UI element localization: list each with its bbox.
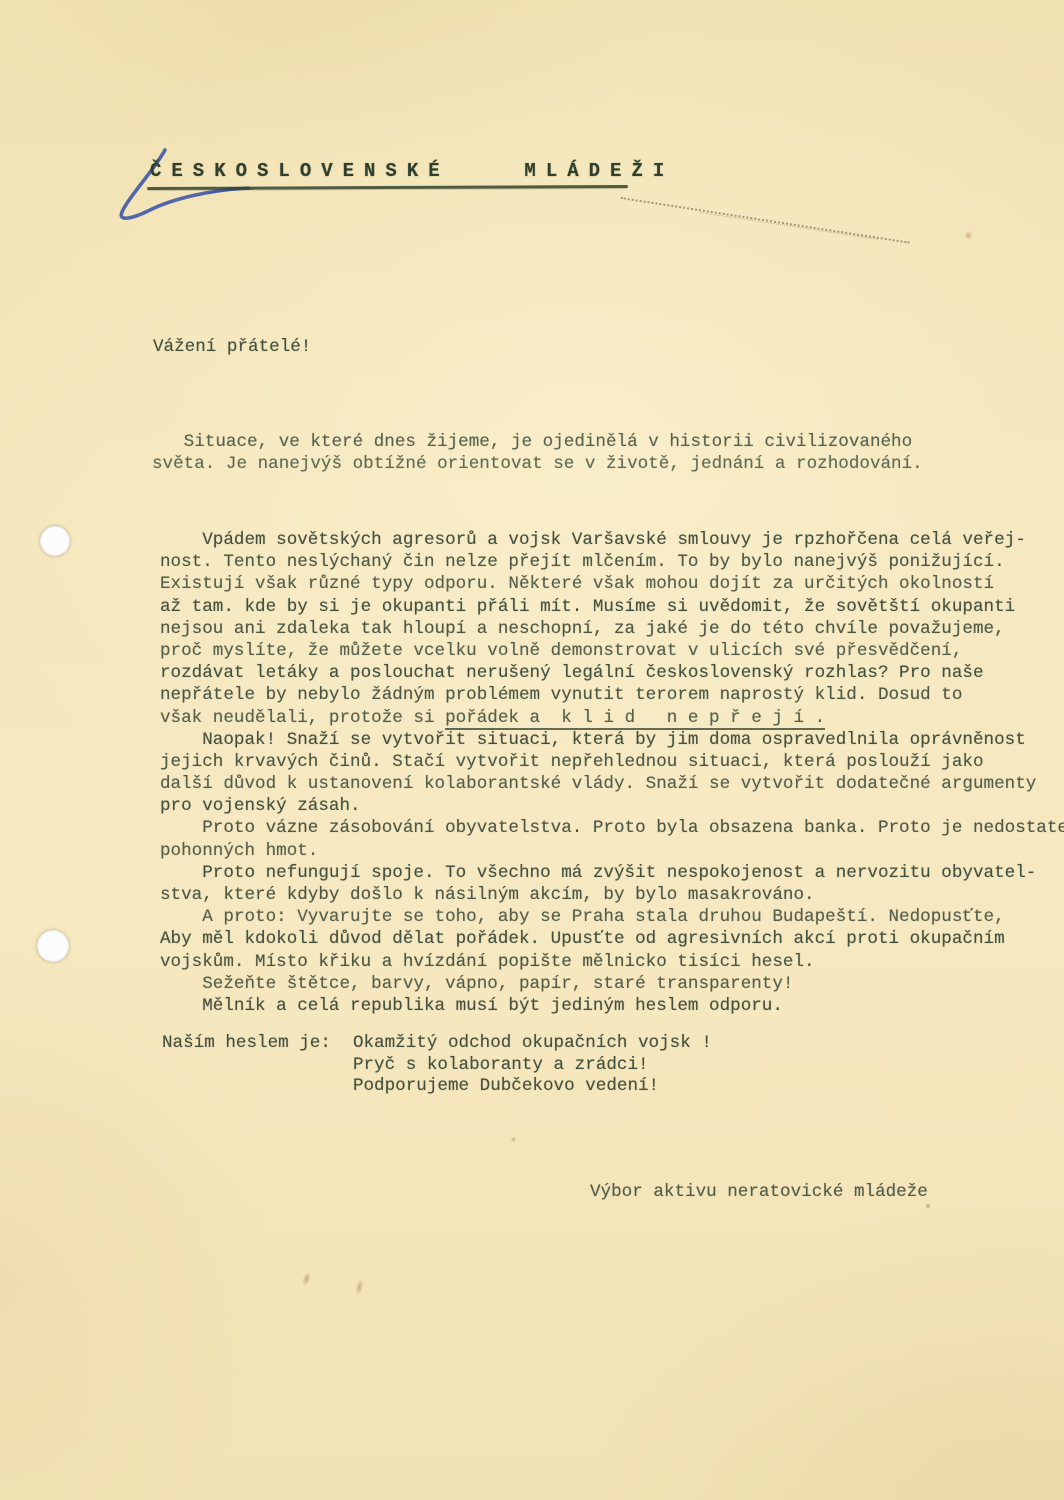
body-line: stva, které kdyby došlo k násilným akcím… [160, 884, 1064, 906]
body-line: Existují však různé typy odporu. Některé… [160, 573, 1064, 595]
body-line: proč myslíte, že můžete vcelku volně dem… [160, 640, 1064, 662]
body-line-emphasis: však neudělali, protože si pořádek a k l… [160, 707, 1064, 729]
document-title: ČESKOSLOVENSKÉ MLÁDEŽI [150, 160, 674, 182]
paper-stain [925, 1203, 931, 1209]
body-line: Proto nefungují spoje. To všechno má zvý… [160, 862, 1064, 884]
emphasis-prefix: však neudělali, protože si [160, 708, 445, 728]
signature: Výbor aktivu neratovické mládeže [590, 1182, 928, 1202]
body-line: A proto: Vyvarujte se toho, aby se Praha… [160, 906, 1064, 928]
intro-line: Situace, ve které dnes žijeme, je ojedin… [152, 431, 923, 453]
body-line: až tam. kde by si je okupanti přáli mít.… [160, 596, 1064, 618]
scratch-line-faint [700, 212, 878, 240]
slogans-block: Naším heslem je: Okamžitý odchod okupačn… [162, 1033, 712, 1098]
body-line: nost. Tento neslýchaný čin nelze přejít … [160, 551, 1064, 573]
slogan-line: Pryč s kolaboranty a zrádci! [353, 1055, 712, 1077]
body-line: pro vojenský zásah. [160, 795, 1064, 817]
body-line: nepřátele by nebylo žádným problémem vyn… [160, 684, 1064, 706]
slogan-list: Okamžitý odchod okupačních vojsk ! Pryč … [353, 1033, 712, 1098]
body-text: Vpádem sovětských agresorů a vojsk Varša… [160, 529, 1064, 1017]
body-line: Aby měl kdokoli důvod dělat pořádek. Upu… [160, 928, 1064, 950]
salutation: Vážení přátelé! [153, 337, 311, 357]
intro-line: světa. Je nanejvýš obtížné orientovat se… [152, 453, 923, 475]
body-line: Proto vázne zásobování obyvatelstva. Pro… [160, 817, 1064, 839]
body-line: jejich krvavých činů. Stačí vytvořit nep… [160, 751, 1064, 773]
body-line: Mělník a celá republika musí být jediným… [160, 995, 1064, 1017]
body-line: Vpádem sovětských agresorů a vojsk Varša… [160, 529, 1064, 551]
body-line: pohonných hmot. [160, 840, 1064, 862]
punch-hole-top [40, 526, 70, 556]
paper-stain [964, 231, 973, 240]
paper-stain [511, 1136, 516, 1143]
paper-stain [354, 1278, 364, 1295]
body-line: další důvod k ustanovení kolaborantské v… [160, 773, 1064, 795]
punch-hole-bottom [37, 930, 69, 962]
paper-stain [301, 1271, 312, 1286]
body-line: Sežeňte štětce, barvy, vápno, papír, sta… [160, 973, 1064, 995]
body-line: nejsou ani zdaleka tak hloupí a neschopn… [160, 618, 1064, 640]
intro-paragraph: Situace, ve které dnes žijeme, je ojedin… [152, 431, 923, 475]
slogan-line: Okamžitý odchod okupačních vojsk ! [353, 1033, 712, 1055]
body-line: vojskům. Místo křiku a hvízdání popište … [160, 951, 1064, 973]
document-page: { "doc": { "title": "ČESKOSLOVENSKÉ MLÁD… [0, 0, 1064, 1500]
slogan-line: Podporujeme Dubčekovo vedení! [353, 1076, 712, 1098]
slogans-label: Naším heslem je: [162, 1033, 331, 1098]
emphasis-underlined-text: pořádek a k l i d n e p ř e j í . [445, 708, 825, 730]
body-line: rozdávat letáky a poslouchat nerušený le… [160, 662, 1064, 684]
body-line: Naopak! Snaží se vytvořit situaci, která… [160, 729, 1064, 751]
